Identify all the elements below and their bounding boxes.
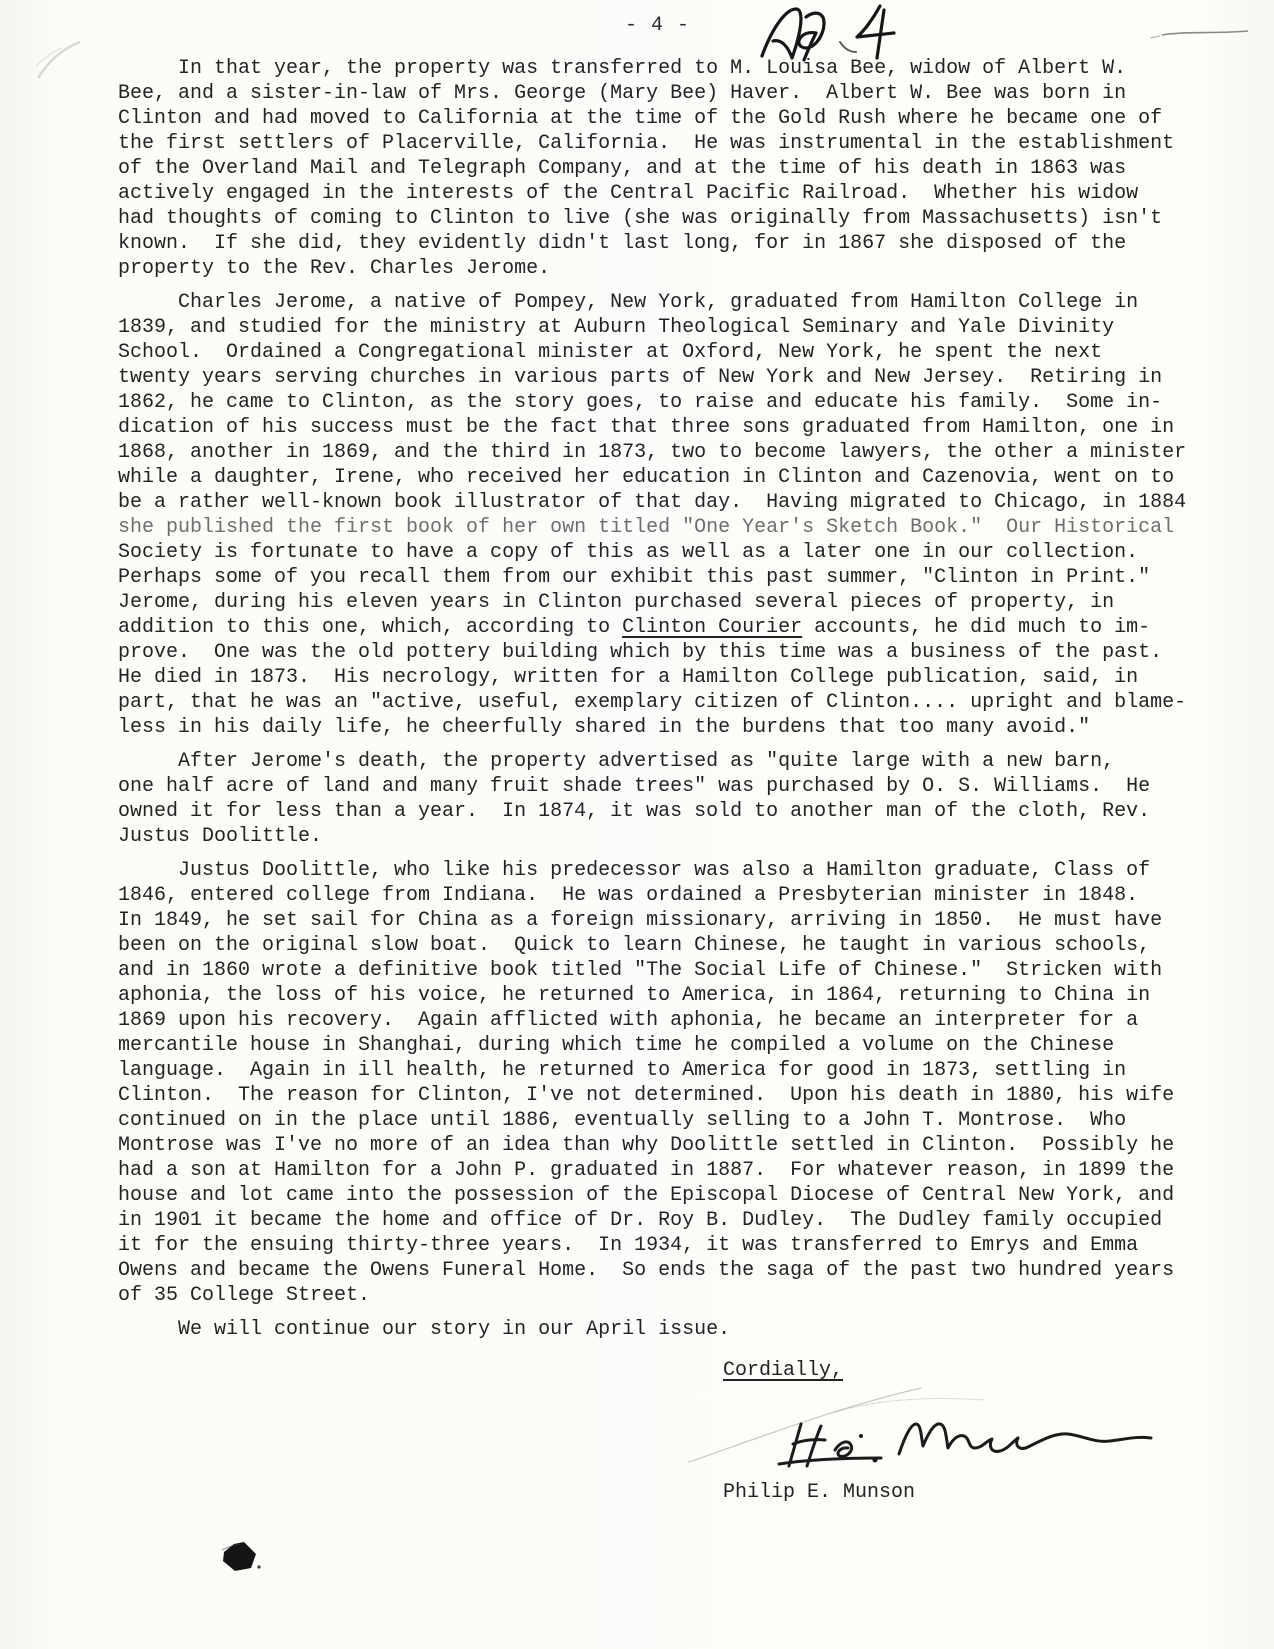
paragraph-text: Society is fortunate to have a copy of t… [118,541,1150,614]
letter-closing: Cordially, Philip E. Munson [118,1358,1203,1528]
handwritten-annotation [752,0,932,64]
paragraph-charles-jerome: Charles Jerome, a native of Pompey, New … [118,290,1203,740]
paragraph-text: After Jerome's death, the property adver… [118,750,1150,848]
paragraph-continuation-note: We will continue our story in our April … [118,1317,1203,1342]
paragraph-text: In that year, the property was transferr… [118,57,1174,280]
scan-smudge-top-left [34,36,94,88]
paragraph-text: accounts, he did much to im- [802,616,1150,639]
scanned-letter-page: - 4 - In that year, the property was tra… [0,0,1274,1649]
scan-scratch-mark-top-right [1150,26,1254,42]
signature-typed-name: Philip E. Munson [723,1480,915,1505]
paragraph-text: prove. One was the old pottery building … [118,641,1186,739]
ink-blot [220,1540,264,1576]
letter-body: In that year, the property was transferr… [118,56,1203,1528]
paragraph-justus-doolittle: Justus Doolittle, who like his predecess… [118,858,1203,1308]
paragraph-williams-purchase: After Jerome's death, the property adver… [118,749,1203,849]
page-number: - 4 - [625,14,690,37]
paragraph-text: We will continue our story in our April … [118,1318,730,1341]
clinton-courier-underlined-title: Clinton Courier [622,616,802,639]
paragraph-text: Charles Jerome, a native of Pompey, New … [118,291,1186,514]
paragraph-text: addition to this one, which, according t… [118,616,622,639]
paragraph-property-transfer-bee: In that year, the property was transferr… [118,56,1203,281]
paragraph-text: Justus Doolittle, who like his predecess… [118,859,1174,1307]
paragraph-text-faint-line: she published the first book of her own … [118,516,1174,539]
signature-scrawl [683,1376,1163,1486]
